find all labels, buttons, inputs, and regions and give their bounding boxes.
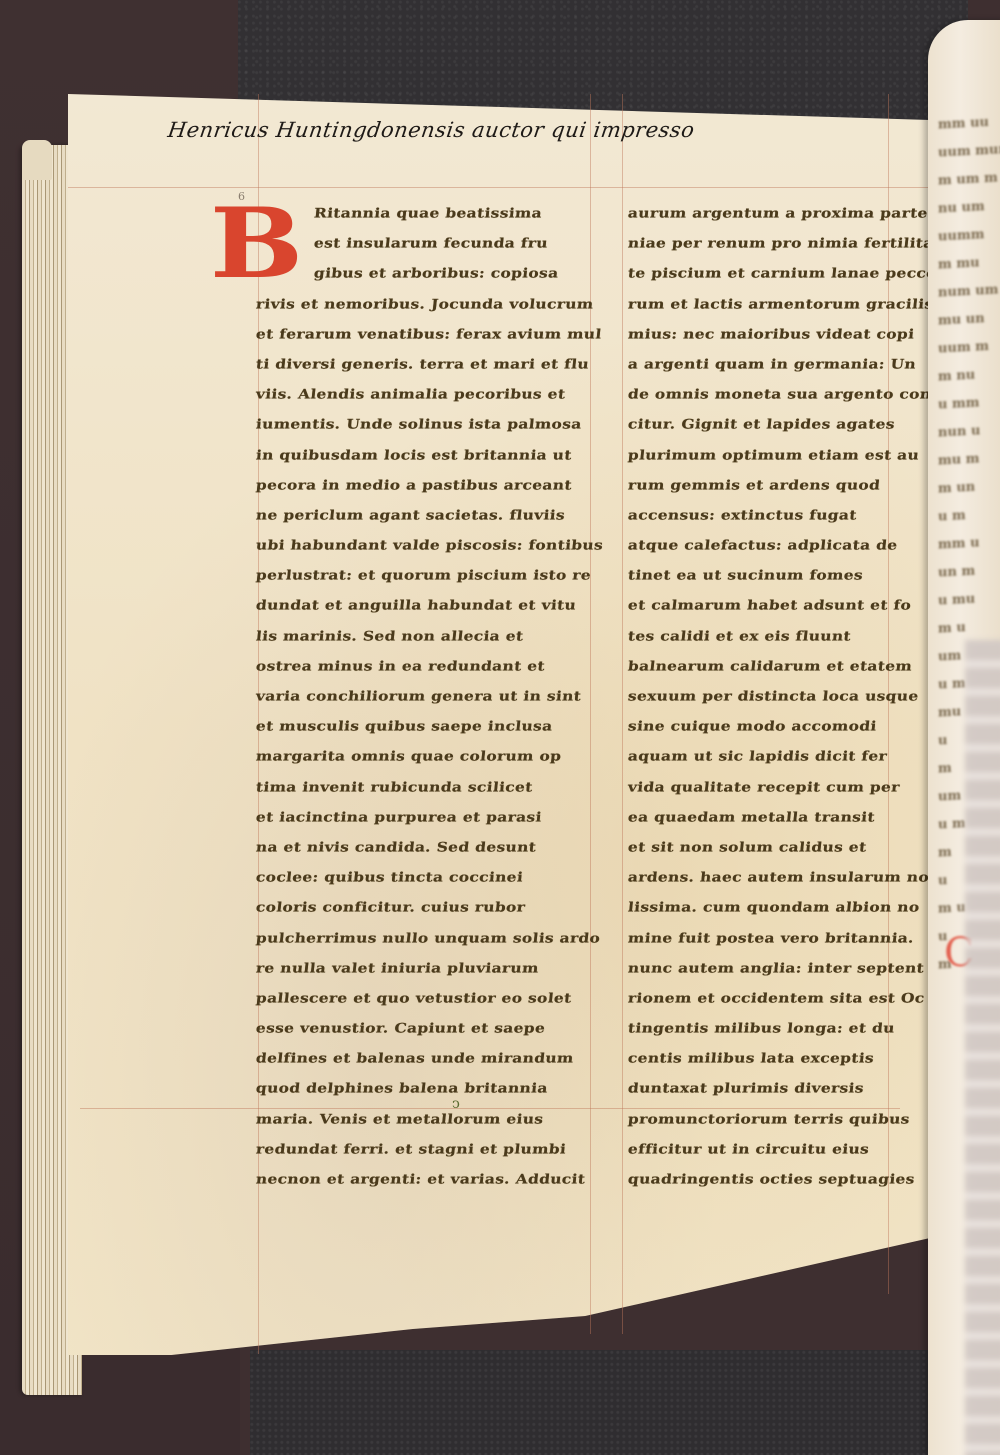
text-line: rivis et nemoribus. Jocunda volucrum (255, 291, 598, 317)
text-line: accensus: extinctus fugat (627, 502, 900, 528)
text-line: dundat et anguilla habundat et vitu (255, 593, 598, 619)
text-line: et ferarum venatibus: ferax avium mul (255, 321, 598, 347)
text-line: gibus et arboribus: copiosa (313, 261, 598, 287)
text-line: mine fuit postea vero britannia. (627, 925, 900, 951)
facing-text-line: mm u (928, 528, 1000, 560)
text-line: de omnis moneta sua argento confi (627, 381, 900, 407)
text-line: ardens. haec autem insularum nobi (627, 864, 900, 890)
facing-text-line: num um (928, 276, 1000, 308)
text-line: quod delphines balena britannia (255, 1076, 598, 1102)
facing-text-line: nun u (928, 416, 1000, 448)
text-line: citur. Gignit et lapides agates (627, 412, 900, 438)
text-line: et musculis quibus saepe inclusa (255, 713, 598, 739)
text-line: sine cuique modo accomodi (627, 713, 900, 739)
text-line: mius: nec maioribus videat copi (627, 321, 900, 347)
facing-text-line: u mu (928, 584, 1000, 616)
text-column-left: Ritannia quae beatissima est insularum f… (256, 198, 596, 1194)
text-line: ti diversi generis. terra et mari et flu (255, 351, 598, 377)
text-line: iumentis. Unde solinus ista palmosa (255, 412, 598, 438)
text-line: maria. Venis et metallorum eius (255, 1106, 598, 1132)
text-line: lissima. cum quondam albion no (627, 895, 900, 921)
text-line: rum et lactis armentorum gracilis (627, 291, 900, 317)
facing-text-line: u mm (928, 388, 1000, 420)
facing-text-line: mm uu (928, 108, 1000, 140)
facing-text-line: mu m (928, 444, 1000, 476)
text-line: balnearum calidarum et etatem (627, 653, 900, 679)
text-line: te piscium et carnium lanae pecco (627, 261, 900, 287)
text-line: ea quaedam metalla transit (627, 804, 900, 830)
text-line: et calmarum habet adsunt et fo (627, 593, 900, 619)
facing-text-line: uum mun (928, 136, 1000, 168)
text-line: necnon et argenti: et varias. Adducit (255, 1166, 598, 1192)
text-line: pecora in medio a pastibus arceant (255, 472, 598, 498)
ruling-line-col-right-left (622, 94, 623, 1334)
text-line: lis marinis. Sed non allecia et (255, 623, 598, 649)
headband (22, 140, 52, 180)
background-foam-bottom (250, 1350, 950, 1455)
text-column-right: aurum argentum a proxima parte germa nia… (628, 198, 898, 1194)
facing-text-line: mu un (928, 304, 1000, 336)
text-line: Ritannia quae beatissima (313, 200, 598, 226)
text-line: atque calefactus: adplicata de (627, 532, 900, 558)
text-line: tinet ea ut sucinum fomes (627, 563, 900, 589)
text-line: efficitur ut in circuitu eius (627, 1136, 900, 1162)
header-annotation: Henricus Huntingdonensis auctor qui impr… (166, 118, 696, 142)
text-line: centis milibus lata exceptis (627, 1046, 900, 1072)
end-mark: ↄ (452, 1096, 460, 1112)
text-line: tingentis milibus longa: et du (627, 1015, 900, 1041)
text-line: nunc autem anglia: inter septent (627, 955, 900, 981)
facing-text-line: nu um (928, 192, 1000, 224)
text-line: aquam ut sic lapidis dicit fer (627, 744, 900, 770)
text-line: delfines et balenas unde mirandum (255, 1046, 598, 1072)
facing-text-line: un m (928, 556, 1000, 588)
text-line: a argenti quam in germania: Un (627, 351, 900, 377)
text-line: perlustrat: et quorum piscium isto re (255, 563, 598, 589)
facing-text-line: m mu (928, 248, 1000, 280)
text-line: coclee: quibus tincta coccinei (255, 864, 598, 890)
facing-text-line: uum m (928, 332, 1000, 364)
facing-text-line: m un (928, 472, 1000, 504)
text-line: tes calidi et ex eis fluunt (627, 623, 900, 649)
text-line: rionem et occidentem sita est Oc (627, 985, 900, 1011)
text-line: sexuum per distincta loca usque (627, 683, 900, 709)
text-line: pallescere et quo vetustior eo solet (255, 985, 598, 1011)
text-line: ne periclum agant sacietas. fluviis (255, 502, 598, 528)
text-line: pulcherrimus nullo unquam solis ardo (255, 925, 598, 951)
text-line: rum gemmis et ardens quod (627, 472, 900, 498)
text-line: tima invenit rubicunda scilicet (255, 774, 598, 800)
text-line: esse venustior. Capiunt et saepe (255, 1015, 598, 1041)
text-line: aurum argentum a proxima parte germa (627, 200, 900, 226)
text-line: et iacinctina purpurea et parasi (255, 804, 598, 830)
text-line: viis. Alendis animalia pecoribus et (255, 381, 598, 407)
text-line: vida qualitate recepit cum per (627, 774, 900, 800)
facing-text-line: u m (928, 500, 1000, 532)
facing-text-line: m nu (928, 360, 1000, 392)
text-line: redundat ferri. et stagni et plumbi (255, 1136, 598, 1162)
text-line: in quibusdam locis est britannia ut (255, 442, 598, 468)
text-line: ostrea minus in ea redundant et (255, 653, 598, 679)
text-line: promunctoriorum terris quibus (627, 1106, 900, 1132)
text-line: ubi habundant valde piscosis: fontibus (255, 532, 598, 558)
text-line: niae per renum pro nimia fertilita (627, 230, 900, 256)
binding-thread-blur (965, 640, 1000, 1455)
text-line: plurimum optimum etiam est au (627, 442, 900, 468)
text-line: re nulla valet iniuria pluviarum (255, 955, 598, 981)
text-line: varia conchiliorum genera ut in sint (255, 683, 598, 709)
text-line: margarita omnis quae colorum op (255, 744, 598, 770)
facing-text-line: uumm (928, 220, 1000, 252)
ruling-line-top (68, 187, 930, 188)
text-line: coloris conficitur. cuius rubor (255, 895, 598, 921)
text-line: est insularum fecunda fru (313, 230, 598, 256)
text-line: et sit non solum calidus et (627, 834, 900, 860)
text-line: na et nivis candida. Sed desunt (255, 834, 598, 860)
text-line: quadringentis octies septuagies (627, 1166, 900, 1192)
facing-text-line: m um m (928, 164, 1000, 196)
text-line: duntaxat plurimis diversis (627, 1076, 900, 1102)
